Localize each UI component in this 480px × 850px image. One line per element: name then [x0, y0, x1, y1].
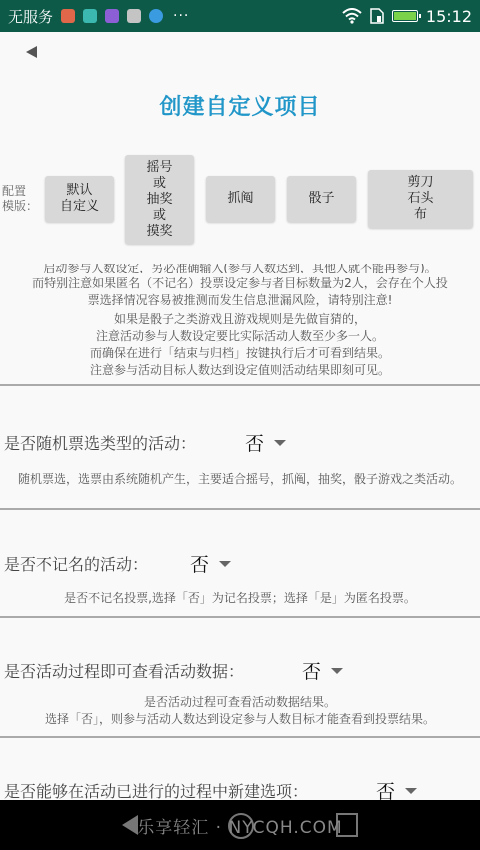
view-data-value: 否: [302, 657, 321, 684]
sim-card-icon: [370, 8, 384, 24]
template-label: 配置 模版：: [2, 184, 42, 214]
anonymous-desc: 是否不记名投票,选择「否」为记名投票；选择「是」为匿名投票。: [0, 590, 480, 607]
divider: [0, 384, 480, 386]
template-draw-lots-button[interactable]: 抓阄: [206, 176, 275, 222]
clock: 15:12: [426, 7, 472, 26]
template-lottery-button[interactable]: 摇号 或 抽奖 或 摸奖: [125, 155, 194, 244]
divider: [0, 508, 480, 510]
view-data-select[interactable]: 否: [302, 657, 343, 684]
page-title: 创建自定义项目: [0, 90, 480, 121]
divider: [0, 736, 480, 738]
view-data-desc: 是否活动过程可查看活动数据结果。 选择「否」，则参与活动人数达到设定参与人数目标…: [0, 694, 480, 728]
divider: [0, 616, 480, 618]
template-dice-button[interactable]: 骰子: [287, 176, 356, 222]
nav-back-icon[interactable]: [122, 815, 138, 835]
create-project-page: 创建自定义项目 配置 模版： 默认 自定义 摇号 或 抽奖 或 摸奖 抓阄 骰子…: [0, 32, 480, 800]
notes-text: 启动参与人数设定，另必准确输入(参与人数达到，其他人就不能再参与)。 而特别注意…: [0, 264, 480, 379]
notes-line: 注意参与活动目标人数达到设定值则活动结果即刻可见。: [0, 362, 480, 379]
browser-app-icon: [149, 9, 163, 23]
random-vote-value: 否: [245, 429, 264, 456]
dropdown-caret-icon: [219, 561, 231, 567]
anonymous-select[interactable]: 否: [190, 550, 231, 577]
add-option-label: 是否能够在活动已进行的过程中新建选项：: [4, 779, 308, 800]
carrier-text: 无服务: [8, 6, 53, 27]
status-bar: 无服务 ··· 15:12: [0, 0, 480, 32]
bowl-app-icon: [83, 9, 97, 23]
notes-line: 票选择情况容易被推测而发生信息泄漏风险，请特别注意!: [0, 292, 480, 309]
anonymous-value: 否: [190, 550, 209, 577]
font-app-icon: [127, 9, 141, 23]
gallery-app-icon: [105, 9, 119, 23]
more-notifications-icon: ···: [173, 8, 189, 24]
notes-line: 而特别注意如果匿名（不记名）投票设定参与者目标数量为2人，会存在个人投: [0, 275, 480, 292]
notes-line: 而确保在进行「结束与归档」按键执行后才可看到结果。: [0, 345, 480, 362]
notes-line: 如果是骰子之类游戏且游戏规则是先做盲猜的，: [0, 311, 480, 328]
dropdown-caret-icon: [274, 440, 286, 446]
template-default-button[interactable]: 默认 自定义: [45, 176, 114, 222]
notes-clipped-line: 启动参与人数设定，另必准确输入(参与人数达到，其他人就不能再参与)。: [0, 264, 480, 273]
random-vote-desc: 随机票选，选票由系统随机产生，主要适合摇号，抓阄，抽奖，骰子游戏之类活动。: [0, 471, 480, 488]
system-nav-bar: 乐享轻汇 · NYCQH.COM: [0, 800, 480, 850]
view-data-label: 是否活动过程即可查看活动数据：: [4, 659, 244, 682]
anonymous-label: 是否不记名的活动：: [4, 552, 148, 575]
dropdown-caret-icon: [331, 668, 343, 674]
wifi-icon: [342, 8, 362, 24]
back-icon[interactable]: [26, 46, 37, 58]
random-vote-select[interactable]: 否: [245, 429, 286, 456]
notes-line: 注意活动参与人数设定要比实际活动人数至少多一人。: [0, 328, 480, 345]
random-vote-label: 是否随机票选类型的活动：: [4, 431, 196, 454]
template-rock-paper-scissors-button[interactable]: 剪刀 石头 布: [368, 170, 473, 228]
add-option-select[interactable]: 否: [376, 777, 417, 800]
add-option-value: 否: [376, 777, 395, 800]
dropdown-caret-icon: [405, 788, 417, 794]
health-app-icon: [61, 9, 75, 23]
battery-icon: [392, 10, 418, 22]
watermark-text: 乐享轻汇 · NYCQH.COM: [137, 813, 342, 838]
